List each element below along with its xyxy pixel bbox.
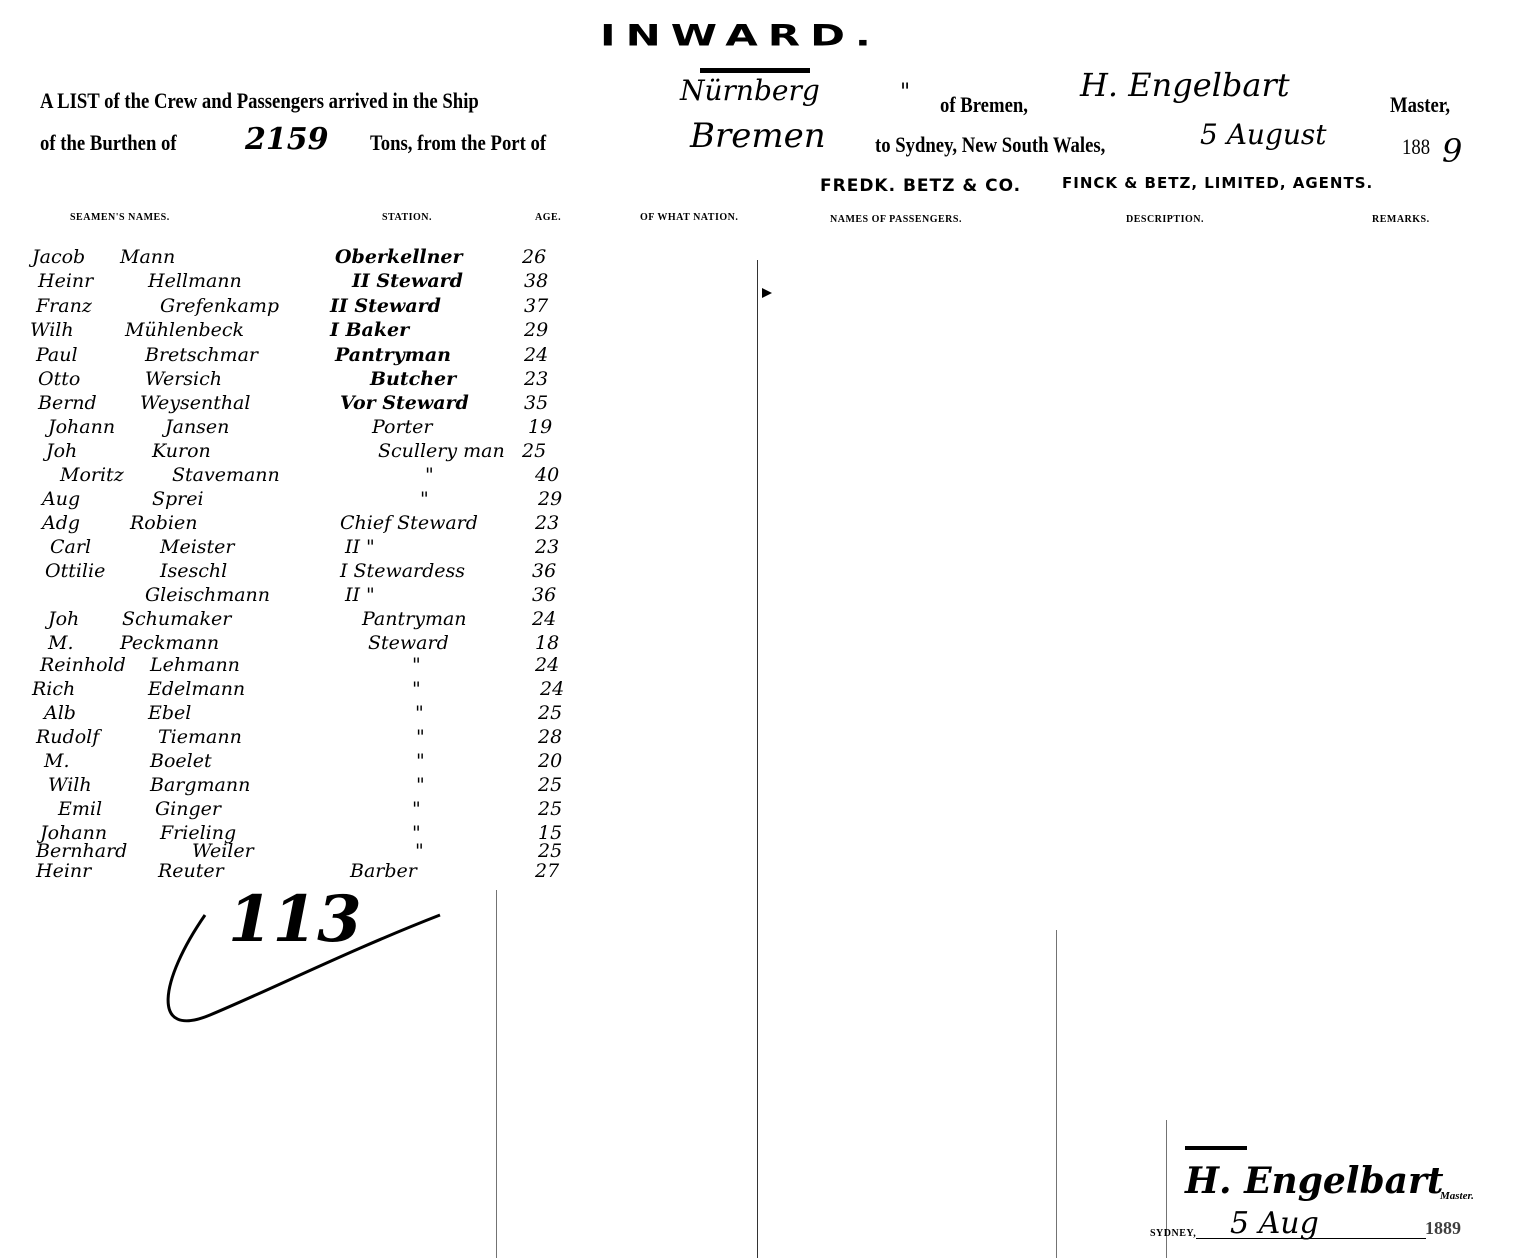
crew-first-name: Aug <box>42 488 80 510</box>
crew-age: 29 <box>524 319 548 341</box>
col-passengers: NAMES OF PASSENGERS. <box>830 214 962 225</box>
crew-age: 25 <box>538 840 562 862</box>
crew-first-name: Jacob <box>32 246 85 268</box>
crew-last-name: Robien <box>130 512 197 534</box>
crew-age: 37 <box>524 295 548 317</box>
year-suffix: 9 <box>1442 132 1462 170</box>
col-station: STATION. <box>382 212 432 223</box>
crew-first-name: Bernd <box>38 392 97 414</box>
crew-age: 25 <box>522 440 546 462</box>
crew-row: OttoWersichButcher23 <box>0 368 620 392</box>
crew-last-name: Hellmann <box>148 270 242 292</box>
crew-age: 36 <box>532 584 556 606</box>
crew-first-name: Paul <box>36 344 78 366</box>
crew-age: 40 <box>535 464 559 486</box>
ship-quote-mark: " <box>900 80 910 105</box>
master-label: Master, <box>1390 92 1450 118</box>
crew-age: 24 <box>535 654 559 676</box>
crew-station: II Steward <box>352 270 463 292</box>
crew-last-name: Peckmann <box>120 632 219 654</box>
crew-station: Pantryman <box>362 608 467 630</box>
crew-last-name: Stavemann <box>172 464 280 486</box>
list-intro-text: A LIST of the Crew and Passengers arrive… <box>40 88 479 114</box>
crew-row: CarlMeisterII "23 <box>0 536 620 560</box>
crew-station: Vor Steward <box>340 392 469 414</box>
master-signature: H. Engelbart <box>1185 1160 1444 1202</box>
crew-station: " <box>416 726 425 748</box>
crew-last-name: Sprei <box>152 488 204 510</box>
crew-station: I Stewardess <box>340 560 465 582</box>
crew-age: 23 <box>524 368 548 390</box>
crew-first-name: Ottilie <box>45 560 105 582</box>
crew-station: Barber <box>350 860 417 882</box>
crew-first-name: Reinhold <box>40 654 126 676</box>
crew-first-name: Joh <box>48 608 79 630</box>
crew-station: " <box>416 750 425 772</box>
crew-last-name: Gleischmann <box>145 584 270 606</box>
crew-station: Butcher <box>370 368 456 390</box>
col-description: DESCRIPTION. <box>1126 214 1204 225</box>
signature-overline <box>1185 1146 1247 1150</box>
crew-station: I Baker <box>330 319 409 341</box>
tons-from-port-label: Tons, from the Port of <box>370 130 546 156</box>
col-nation: OF WHAT NATION. <box>640 212 738 223</box>
crew-first-name: Rudolf <box>36 726 99 748</box>
crew-row: M.PeckmannSteward18 <box>0 632 620 656</box>
crew-row: WilhMühlenbeckI Baker29 <box>0 319 620 343</box>
col-remarks: REMARKS. <box>1372 214 1430 225</box>
crew-last-name: Grefenkamp <box>160 295 279 317</box>
crew-row: EmilGinger"25 <box>0 798 620 822</box>
crew-row: OttilieIseschlI Stewardess36 <box>0 560 620 584</box>
crew-last-name: Mann <box>120 246 175 268</box>
ink-mark-icon <box>760 286 774 300</box>
crew-station: " <box>425 464 434 486</box>
crew-first-name: Adg <box>42 512 80 534</box>
crew-first-name: Wilh <box>48 774 92 796</box>
year-stamp: 1889 <box>1425 1218 1461 1239</box>
crew-row: BerndWeysenthalVor Steward35 <box>0 392 620 416</box>
crew-age: 26 <box>522 246 546 268</box>
column-rule <box>1056 930 1057 1258</box>
crew-station: II Steward <box>330 295 441 317</box>
crew-age: 20 <box>538 750 562 772</box>
crew-last-name: Schumaker <box>122 608 231 630</box>
crew-first-name: Otto <box>38 368 80 390</box>
crew-first-name: Joh <box>46 440 77 462</box>
crew-age: 35 <box>524 392 548 414</box>
crew-first-name: M. <box>44 750 70 772</box>
crew-last-name: Wersich <box>145 368 222 390</box>
crew-row: JohSchumakerPantryman24 <box>0 608 620 632</box>
crew-first-name: Alb <box>44 702 76 724</box>
crew-row: JohKuronScullery man25 <box>0 440 620 464</box>
crew-row: JohannJansenPorter19 <box>0 416 620 440</box>
crew-first-name: Heinr <box>38 270 93 292</box>
crew-row: RichEdelmann"24 <box>0 678 620 702</box>
crew-age: 18 <box>535 632 559 654</box>
crew-first-name: Franz <box>36 295 92 317</box>
crew-last-name: Jansen <box>165 416 229 438</box>
crew-first-name: Emil <box>58 798 102 820</box>
crew-row: AlbEbel"25 <box>0 702 620 726</box>
agent-finck-betz: FINCK & BETZ, LIMITED, AGENTS. <box>1062 174 1373 192</box>
crew-row: WilhBargmann"25 <box>0 774 620 798</box>
port-of-registry: of Bremen, <box>940 92 1028 118</box>
crew-row: JacobMannOberkellner26 <box>0 246 620 270</box>
crew-last-name: Kuron <box>152 440 211 462</box>
crew-station: " <box>415 840 424 862</box>
crew-last-name: Lehmann <box>150 654 240 676</box>
crew-age: 27 <box>535 860 559 882</box>
crew-row: M.Boelet"20 <box>0 750 620 774</box>
crew-station: Pantryman <box>335 344 451 366</box>
crew-age: 23 <box>535 512 559 534</box>
crew-last-name: Ginger <box>155 798 221 820</box>
crew-first-name: Rich <box>32 678 75 700</box>
crew-last-name: Iseschl <box>160 560 227 582</box>
crew-age: 29 <box>538 488 562 510</box>
crew-last-name: Bargmann <box>150 774 250 796</box>
crew-first-name: M. <box>48 632 74 654</box>
crew-age: 24 <box>532 608 556 630</box>
crew-first-name: Bernhard <box>36 840 127 862</box>
column-rule <box>757 260 758 1258</box>
crew-age: 25 <box>538 798 562 820</box>
crew-first-name: Carl <box>50 536 91 558</box>
column-rule <box>496 890 497 1258</box>
year-prefix: 188 <box>1402 134 1430 160</box>
crew-age: 24 <box>524 344 548 366</box>
tonnage-value: 2159 <box>245 122 329 157</box>
crew-last-name: Mühlenbeck <box>125 319 244 341</box>
crew-age: 28 <box>538 726 562 748</box>
crew-station: II " <box>345 536 375 558</box>
crew-row: ReinholdLehmann"24 <box>0 654 620 678</box>
crew-last-name: Reuter <box>158 860 224 882</box>
sydney-label: SYDNEY, <box>1150 1228 1196 1239</box>
crew-last-name: Edelmann <box>148 678 245 700</box>
arrival-date: 5 August <box>1200 118 1327 151</box>
tally-swoosh-icon <box>150 880 450 1030</box>
crew-station: " <box>415 702 424 724</box>
crew-last-name: Ebel <box>148 702 191 724</box>
title-underline <box>700 68 810 73</box>
departure-port: Bremen <box>690 116 826 156</box>
crew-station: " <box>416 774 425 796</box>
crew-age: 38 <box>524 270 548 292</box>
crew-age: 36 <box>532 560 556 582</box>
crew-age: 19 <box>528 416 552 438</box>
crew-station: " <box>420 488 429 510</box>
crew-station: " <box>412 678 421 700</box>
crew-station: II " <box>345 584 375 606</box>
crew-age: 25 <box>538 774 562 796</box>
crew-row: AdgRobienChief Steward23 <box>0 512 620 536</box>
crew-first-name: Johann <box>48 416 115 438</box>
crew-row: PaulBretschmarPantryman24 <box>0 344 620 368</box>
crew-last-name: Weiler <box>192 840 254 862</box>
footer-master-label: Master. <box>1440 1190 1474 1202</box>
crew-last-name: Boelet <box>150 750 212 772</box>
crew-first-name: Moritz <box>60 464 124 486</box>
destination-text: to Sydney, New South Wales, <box>875 132 1105 158</box>
crew-row: MoritzStavemann"40 <box>0 464 620 488</box>
document-title: INWARD. <box>600 18 881 52</box>
crew-station: Porter <box>372 416 433 438</box>
col-age: AGE. <box>535 212 561 223</box>
crew-station: Steward <box>368 632 449 654</box>
col-seamens-names: SEAMEN'S NAMES. <box>70 212 170 223</box>
crew-row: GleischmannII "36 <box>0 584 620 608</box>
crew-age: 24 <box>540 678 564 700</box>
crew-station: " <box>412 798 421 820</box>
crew-row: FranzGrefenkampII Steward37 <box>0 295 620 319</box>
agent-fredk-betz: FREDK. BETZ & CO. <box>820 176 1021 196</box>
crew-row: AugSprei"29 <box>0 488 620 512</box>
crew-last-name: Meister <box>160 536 235 558</box>
crew-last-name: Bretschmar <box>145 344 258 366</box>
crew-age: 25 <box>538 702 562 724</box>
crew-station: " <box>412 654 421 676</box>
crew-first-name: Wilh <box>30 319 74 341</box>
sydney-date: 5 Aug <box>1230 1206 1319 1241</box>
crew-station: Scullery man <box>378 440 505 462</box>
crew-last-name: Weysenthal <box>140 392 250 414</box>
crew-first-name: Heinr <box>36 860 91 882</box>
crew-row: HeinrHellmannII Steward38 <box>0 270 620 294</box>
crew-last-name: Tiemann <box>158 726 242 748</box>
crew-age: 23 <box>535 536 559 558</box>
crew-row: RudolfTiemann"28 <box>0 726 620 750</box>
burthen-label: of the Burthen of <box>40 130 177 156</box>
master-name: H. Engelbart <box>1080 66 1290 104</box>
ship-name: Nürnberg <box>680 74 820 107</box>
crew-station: Oberkellner <box>335 246 463 268</box>
crew-station: Chief Steward <box>340 512 478 534</box>
